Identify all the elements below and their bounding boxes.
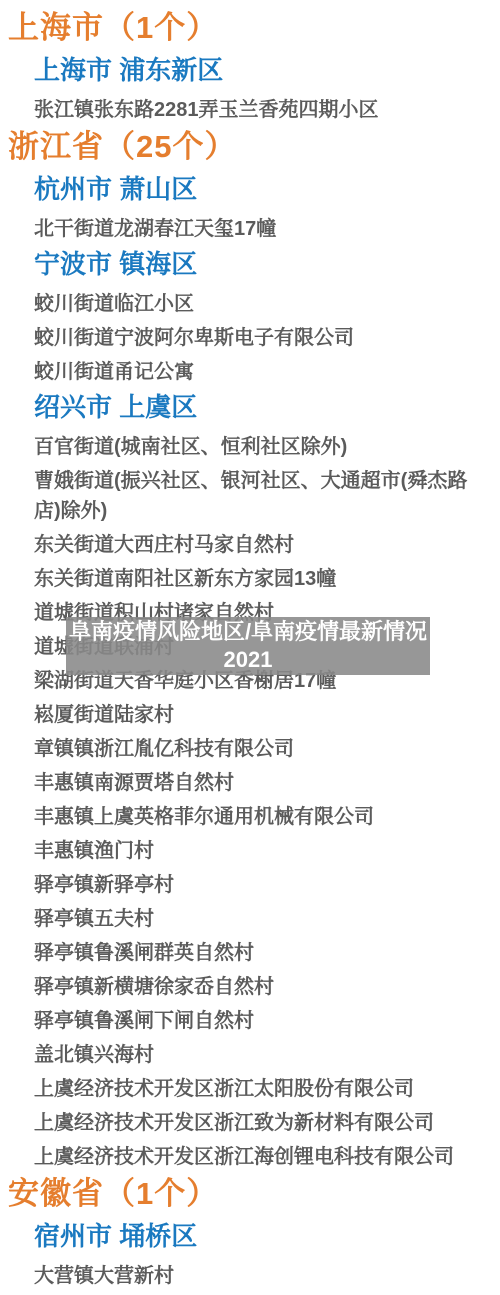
watermark-title: 阜南疫情风险地区/阜南疫情最新情况2021 <box>68 618 428 674</box>
city-district-heading: 绍兴市 上虞区 <box>34 391 500 423</box>
risk-location-item: 丰惠镇渔门村 <box>34 836 474 866</box>
province-heading: 浙江省（25个） <box>8 129 500 165</box>
risk-location-item: 蛟川街道宁波阿尔卑斯电子有限公司 <box>34 323 474 353</box>
risk-location-item: 北干街道龙湖春江天玺17幢 <box>34 214 474 244</box>
risk-location-item: 驿亭镇新横塘徐家岙自然村 <box>34 972 474 1002</box>
risk-location-item: 上虞经济技术开发区浙江太阳股份有限公司 <box>34 1074 474 1104</box>
province-name: 安徽省 <box>8 1176 104 1211</box>
risk-location-item: 丰惠镇南源贾塔自然村 <box>34 768 474 798</box>
risk-location-item: 百官街道(城南社区、恒利社区除外) <box>34 432 474 462</box>
risk-location-item: 蛟川街道甬记公寓 <box>34 357 474 387</box>
risk-location-item: 驿亭镇五夫村 <box>34 904 474 934</box>
risk-location-item: 张江镇张东路2281弄玉兰香苑四期小区 <box>34 95 474 125</box>
risk-location-item: 上虞经济技术开发区浙江海创锂电科技有限公司 <box>34 1142 474 1172</box>
risk-location-item: 驿亭镇鲁溪闸群英自然村 <box>34 938 474 968</box>
province-count: （25个） <box>104 129 236 164</box>
risk-location-item: 崧厦街道陆家村 <box>34 700 474 730</box>
city-district-heading: 杭州市 萧山区 <box>34 173 500 205</box>
province-name: 上海市 <box>8 10 104 45</box>
risk-location-item: 驿亭镇新驿亭村 <box>34 870 474 900</box>
province-heading: 上海市（1个） <box>8 10 500 46</box>
risk-location-item: 曹娥街道(振兴社区、银河社区、大通超市(舜杰路店)除外) <box>34 466 474 526</box>
risk-location-item: 上虞经济技术开发区浙江致为新材料有限公司 <box>34 1108 474 1138</box>
province-heading: 安徽省（1个） <box>8 1176 500 1212</box>
risk-location-item: 东关街道南阳社区新东方家园13幢 <box>34 564 474 594</box>
province-count: （1个） <box>104 10 218 45</box>
risk-location-item: 丰惠镇上虞英格菲尔通用机械有限公司 <box>34 802 474 832</box>
risk-location-item: 盖北镇兴海村 <box>34 1040 474 1070</box>
risk-location-item: 驿亭镇鲁溪闸下闸自然村 <box>34 1006 474 1036</box>
risk-location-item: 章镇镇浙江胤亿科技有限公司 <box>34 734 474 764</box>
risk-location-item: 东关街道大西庄村马家自然村 <box>34 530 474 560</box>
watermark-overlay: 阜南疫情风险地区/阜南疫情最新情况2021 <box>66 617 430 675</box>
province-count: （1个） <box>104 1176 218 1211</box>
risk-location-item: 大营镇大营新村 <box>34 1261 474 1291</box>
risk-location-item: 蛟川街道临江小区 <box>34 289 474 319</box>
province-name: 浙江省 <box>8 129 104 164</box>
city-district-heading: 上海市 浦东新区 <box>34 54 500 86</box>
city-district-heading: 宁波市 镇海区 <box>34 248 500 280</box>
city-district-heading: 宿州市 埇桥区 <box>34 1220 500 1252</box>
